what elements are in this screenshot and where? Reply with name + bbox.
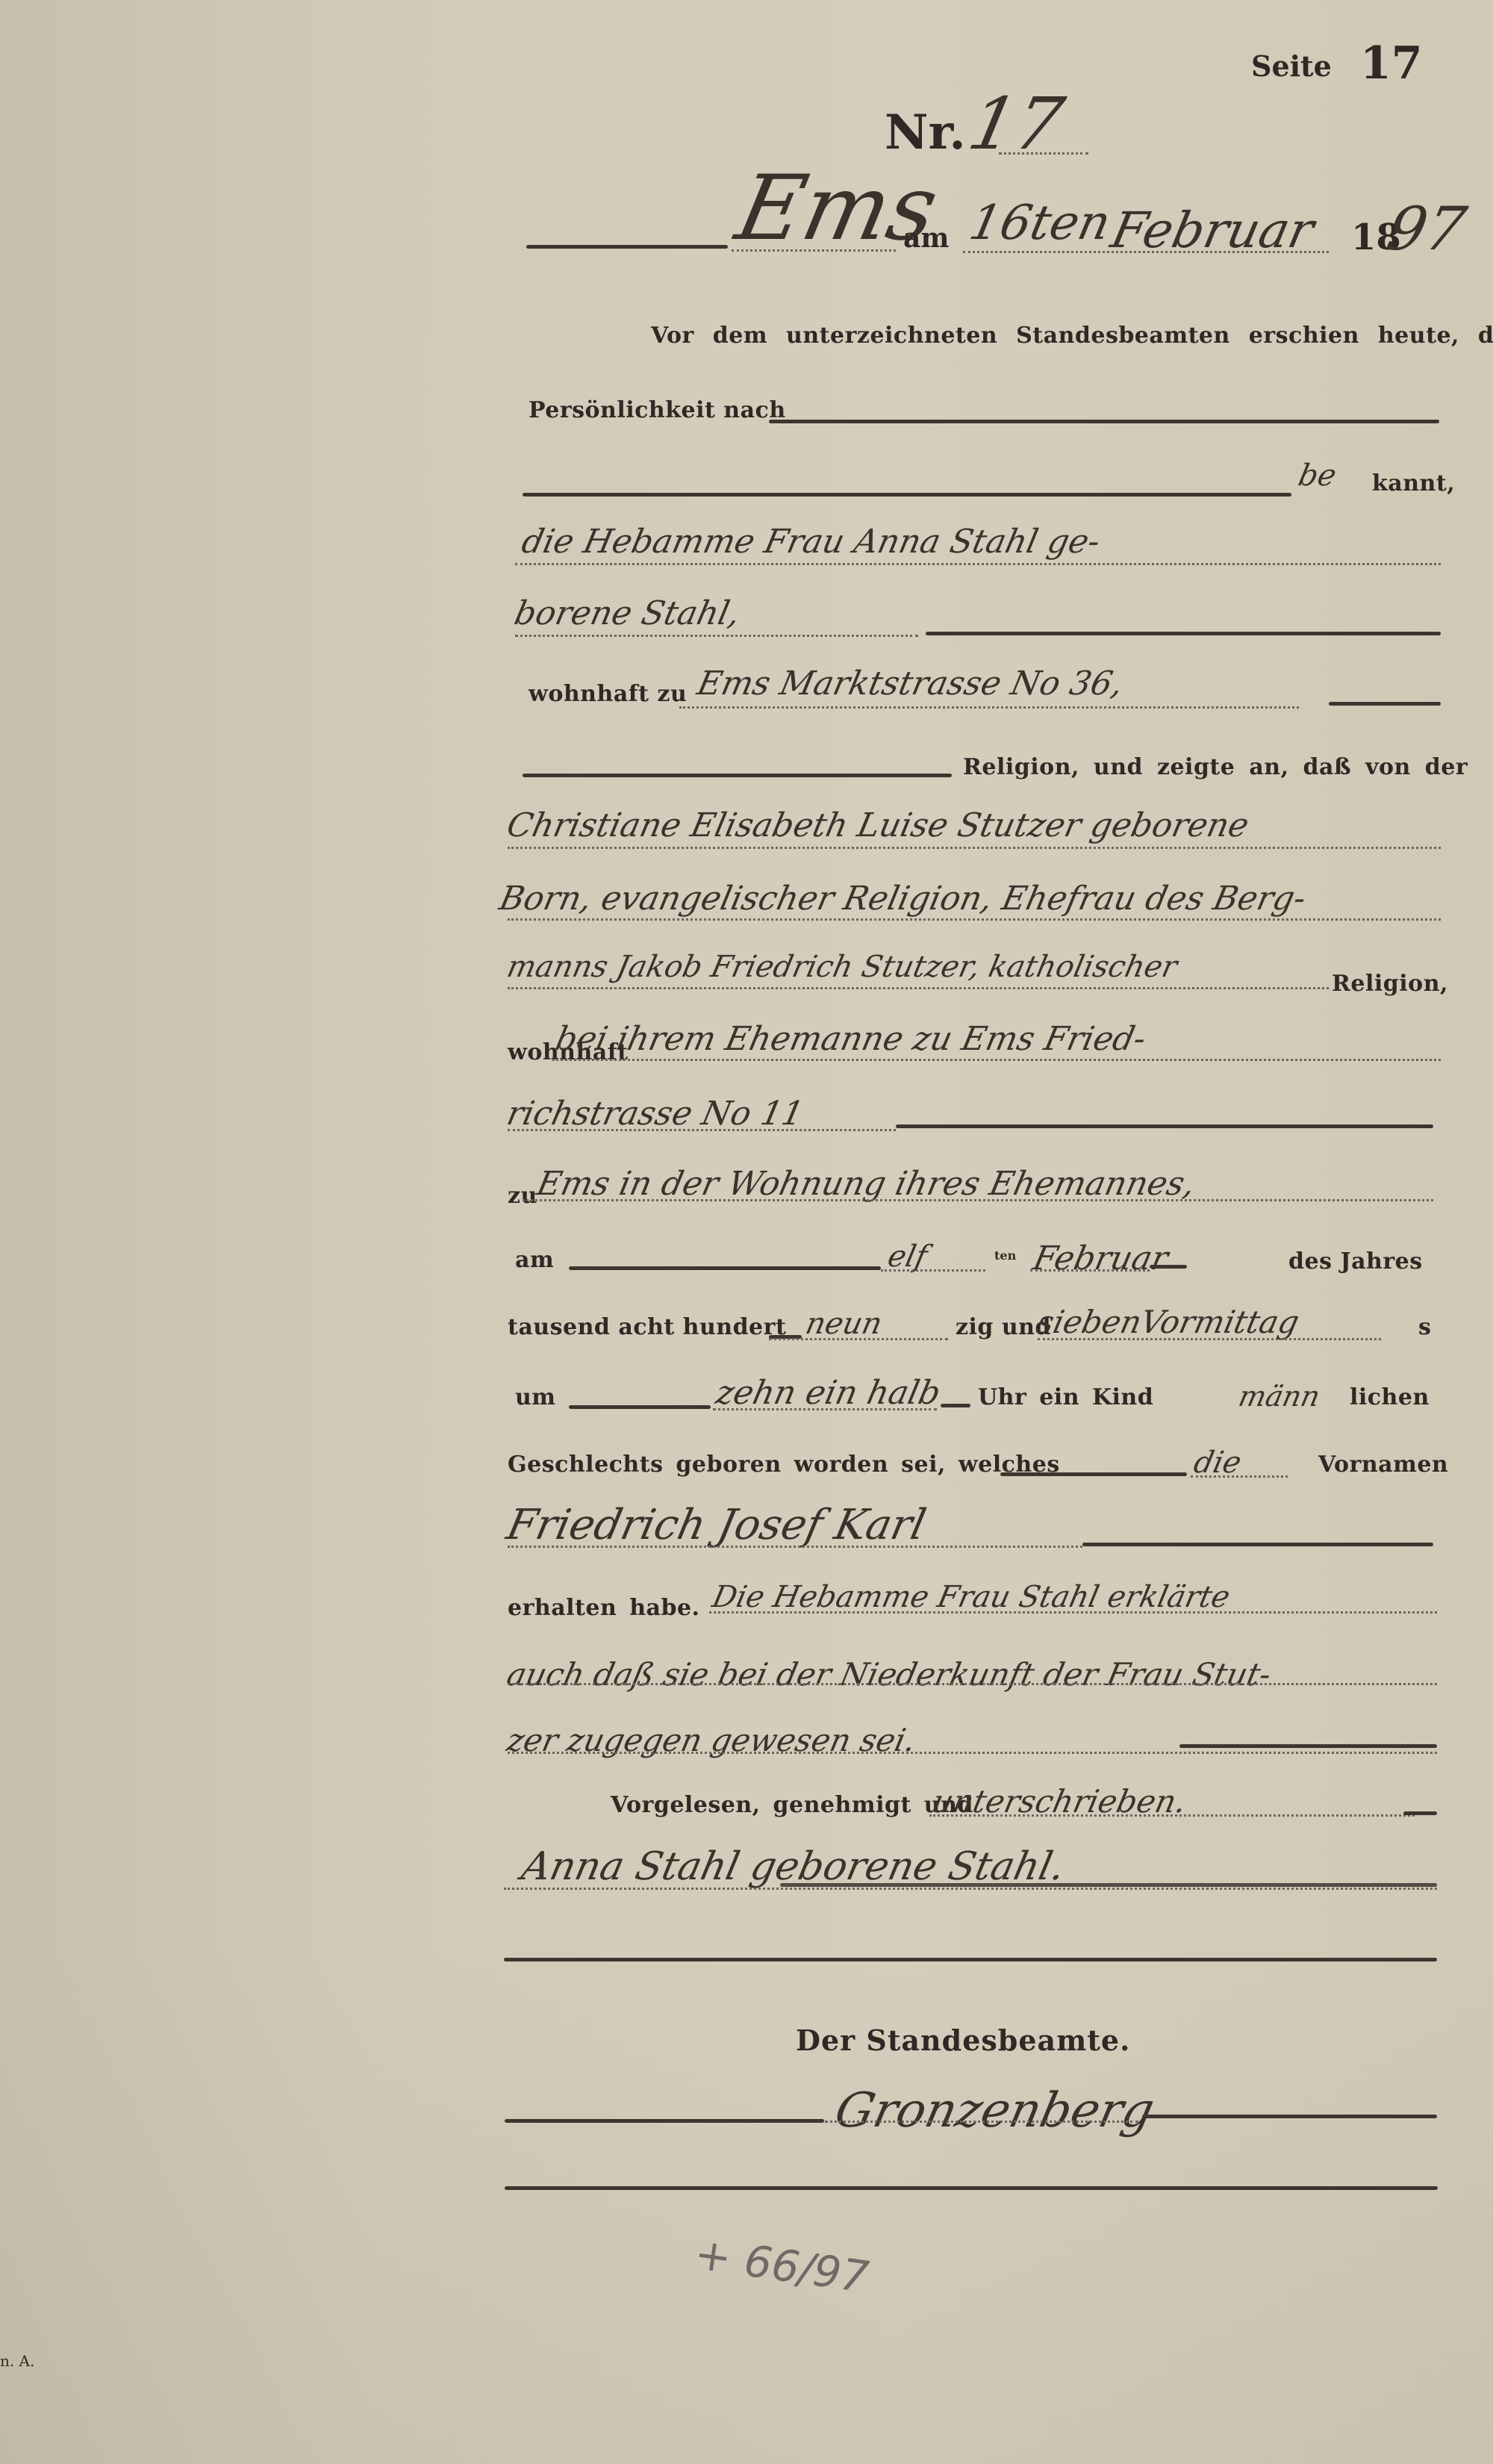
informant-signature-rule xyxy=(780,1883,1437,1887)
lichen-label: lichen xyxy=(1350,1384,1430,1410)
divider-rule xyxy=(504,1958,1437,1961)
place-rule xyxy=(526,245,728,249)
uhr-label: Uhr ein Kind xyxy=(978,1384,1153,1410)
intro-line: Vor dem unterzeichneten Standesbeamten e… xyxy=(651,323,1493,349)
informant-dotted1 xyxy=(515,563,1441,565)
place-dotted xyxy=(732,249,896,252)
known-label: kannt, xyxy=(1372,470,1455,497)
official-rule-right xyxy=(1142,2115,1437,2118)
persoenlichkeit-label: Persönlichkeit nach xyxy=(529,397,786,423)
vornamen-label: Vornamen xyxy=(1318,1452,1448,1478)
birth-month-rule xyxy=(1150,1265,1187,1269)
date-dotted xyxy=(963,251,1329,253)
year-word1: neun xyxy=(802,1307,885,1341)
seite-label: Seite xyxy=(1251,49,1332,83)
informant-rule2 xyxy=(926,632,1441,635)
geschlechts-label: Geschlechts geboren worden sei, welches xyxy=(508,1452,1060,1478)
birth-time-dotted xyxy=(713,1408,937,1410)
year-word1-dotted xyxy=(769,1338,948,1340)
child-names: Friedrich Josef Karl xyxy=(502,1501,930,1549)
signed-dotted xyxy=(929,1814,1415,1817)
year-word2-dotted xyxy=(1038,1338,1381,1340)
margin-print: n. A. xyxy=(0,2352,34,2370)
informant-signature-dotted xyxy=(504,1888,1437,1890)
residence-label: wohnhaft zu xyxy=(529,681,687,707)
erhalten-label: erhalten habe. xyxy=(508,1595,700,1621)
residence-dotted xyxy=(679,706,1299,709)
s-suffix: s xyxy=(1418,1314,1431,1340)
ten-suffix: ten xyxy=(994,1248,1016,1263)
nr-label: Nr. xyxy=(885,105,966,161)
persoenlichkeit-rule xyxy=(769,420,1439,423)
birth-day-dotted xyxy=(881,1269,985,1272)
official-rule-left xyxy=(505,2119,824,2123)
geschlechts-rule xyxy=(1000,1472,1187,1476)
mother-residence-dotted2 xyxy=(508,1129,896,1131)
informant-signature: Anna Stahl geborene Stahl. xyxy=(518,1844,1069,1889)
am-birth-rule xyxy=(569,1266,881,1270)
official-bottom-rule xyxy=(505,2186,1438,2190)
year-suffix: 97 xyxy=(1381,194,1472,264)
am-birth-label: am xyxy=(515,1247,554,1273)
religion-rule xyxy=(523,774,952,777)
mother-dotted1 xyxy=(508,847,1441,849)
register-page: Seite 17 Nr. 17 Ems am 16ten Februar 18 … xyxy=(0,0,1493,2464)
informant-dotted2 xyxy=(515,635,918,637)
am-label: am xyxy=(903,223,949,254)
tausend-label: tausend acht hundert xyxy=(508,1314,786,1340)
vorgelesen-label: Vorgelesen, genehmigt und xyxy=(611,1792,973,1818)
birth-month-dotted xyxy=(1030,1269,1150,1272)
um-rule xyxy=(569,1405,711,1409)
gender-hand: männ xyxy=(1235,1380,1323,1413)
official-signature: Gronzenberg xyxy=(830,2083,1159,2138)
nr-dotted-line xyxy=(999,152,1088,155)
mother-dotted2 xyxy=(508,918,1441,921)
residence-rule xyxy=(1329,702,1441,706)
seite-number: 17 xyxy=(1360,37,1423,90)
mother-residence-dotted1 xyxy=(552,1059,1441,1061)
mother-dotted3 xyxy=(508,987,1329,989)
informant-line2: borene Stahl, xyxy=(511,594,744,632)
child-names-dotted xyxy=(508,1546,1082,1548)
zu-label: zu xyxy=(508,1183,537,1209)
informant-line1: die Hebamme Frau Anna Stahl ge- xyxy=(519,523,1104,561)
birth-time: zehn ein halb xyxy=(713,1374,944,1412)
signed-rule xyxy=(1403,1811,1437,1815)
note-dotted3 xyxy=(508,1752,1437,1754)
birth-month: Februar xyxy=(1030,1239,1172,1278)
mother-residence-rule xyxy=(896,1124,1433,1128)
paper-stain xyxy=(0,1941,1493,2464)
known-rule xyxy=(523,493,1291,497)
child-names-rule xyxy=(1082,1543,1433,1546)
official-dotted xyxy=(825,2121,1138,2123)
date-day: 16ten xyxy=(964,196,1115,251)
mother-line1: Christiane Elisabeth Luise Stutzer gebor… xyxy=(504,806,1253,844)
mother-residence-line2: richstrasse No 11 xyxy=(504,1095,808,1133)
note-rule3 xyxy=(1179,1744,1437,1748)
birth-place-dotted xyxy=(523,1199,1433,1201)
mother-line3: manns Jakob Friedrich Stutzer, katholisc… xyxy=(504,950,1180,984)
birth-place: Ems in der Wohnung ihres Ehemannes, xyxy=(534,1165,1199,1203)
des-jahres-label: des Jahres xyxy=(1288,1248,1423,1275)
religion-label: Religion, und zeigte an, daß von der xyxy=(963,754,1468,780)
um-label: um xyxy=(515,1384,556,1410)
residence-value: Ems Marktstrasse No 36, xyxy=(694,665,1127,703)
official-title: Der Standesbeamte. xyxy=(796,2023,1130,2057)
mother-religion-label: Religion, xyxy=(1332,971,1448,997)
known-hand: be xyxy=(1295,458,1339,493)
birth-time-rule xyxy=(941,1404,970,1407)
note-line2: auch daß sie bei der Niederkunft der Fra… xyxy=(504,1656,1274,1693)
mother-line2: Born, evangelischer Religion, Ehefrau de… xyxy=(496,880,1309,918)
note-dotted1 xyxy=(709,1611,1437,1614)
mother-residence-line1: bei ihrem Ehemanne zu Ems Fried- xyxy=(552,1020,1150,1058)
die-dotted xyxy=(1191,1475,1288,1478)
note-line1: Die Hebamme Frau Stahl erklärte xyxy=(709,1580,1233,1614)
year-word2: siebenVormittag xyxy=(1034,1304,1303,1340)
note-dotted2 xyxy=(508,1683,1437,1685)
